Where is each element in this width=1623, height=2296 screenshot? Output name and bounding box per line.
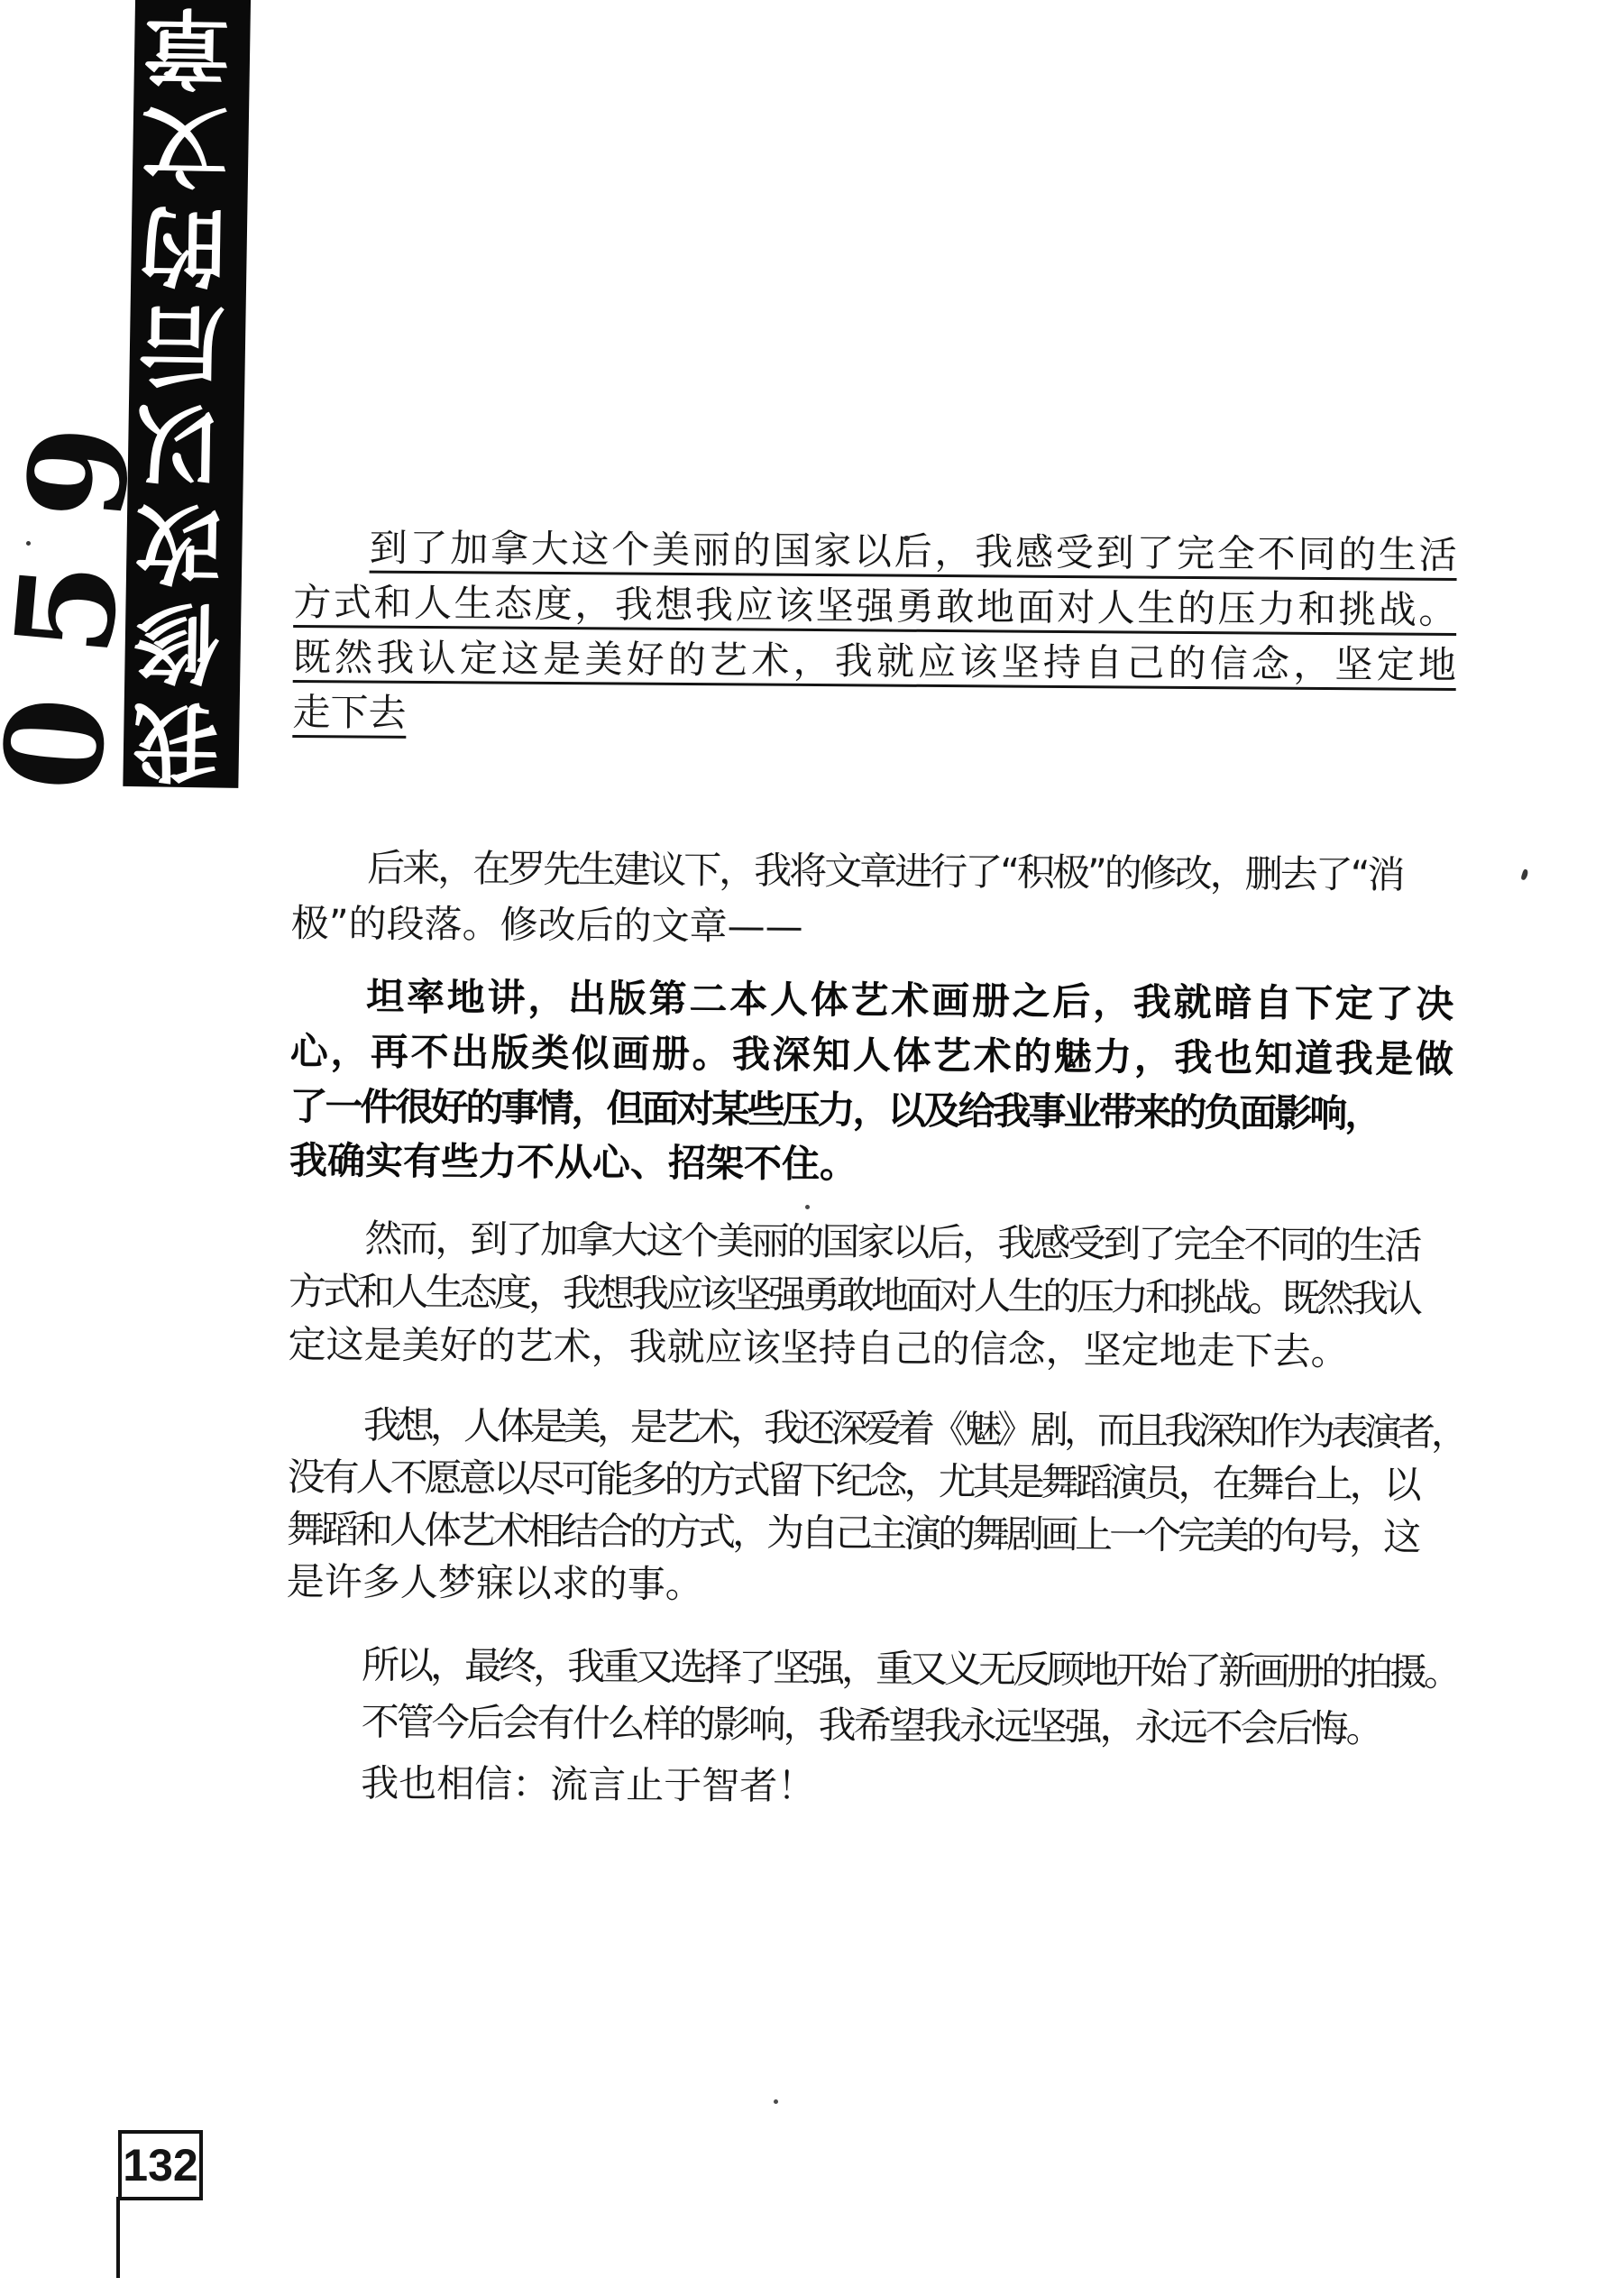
text-line: 方式和人生态度，我想我应该坚强勇敢地面对人生的压力和挑战。	[293, 574, 1456, 638]
text-line: 我也相信：流言止于智者！	[285, 1755, 1448, 1818]
text-line: 到了加拿大这个美丽的国家以后，我感受到了完全不同的生活	[294, 519, 1457, 583]
chapter-number: 059	[0, 407, 151, 795]
text-line: 我确实有些力不从心、招架不住。	[289, 1134, 1453, 1196]
bold-paragraph: 坦率地讲，出版第二本人体艺术画册之后，我就暗自下定了决 心，再不出版类似画册。我…	[289, 969, 1454, 1196]
text-line: 既然我认定这是美好的艺术，我就应该坚持自己的信念，坚定地	[293, 629, 1456, 693]
text-line: 坦率地讲，出版第二本人体艺术画册之后，我就暗自下定了决	[290, 969, 1453, 1033]
text-line: 定这是美好的艺术，我就应该坚持自己的信念，坚定地走下去。	[288, 1318, 1451, 1379]
page-number: 132	[123, 2139, 197, 2191]
text-line: 极”的段落。修改后的文章——	[291, 895, 1454, 960]
text-line: 方式和人生态度，我想我应该坚强勇敢地面对人生的压力和挑战。既然我认	[289, 1264, 1452, 1326]
scan-speck	[1520, 868, 1528, 880]
text-line: 了一件很好的事情，但面对某些压力，以及给我事业带来的负面影响，	[289, 1079, 1453, 1142]
text-line: 是许多人梦寐以求的事。	[287, 1556, 1450, 1616]
art-paragraph: 我想，人体是美，是艺术，我还深爱着《魅》剧，而且我深知作为表演者， 没有人不愿意…	[287, 1399, 1452, 1616]
choice-paragraph: 所以，最终，我重又选择了坚强，重又义无反顾地开始了新画册的拍摄。	[286, 1637, 1449, 1700]
revision-paragraph: 后来，在罗先生建议下，我将文章进行了“积极”的修改，删去了“消 极”的段落。修改…	[291, 840, 1455, 960]
scan-speck	[805, 1205, 810, 1209]
belief-paragraph: 我也相信：流言止于智者！	[285, 1755, 1448, 1818]
hope-paragraph: 不管今后会有什么样的影响，我希望我永远坚强，永远不会后悔。	[285, 1694, 1448, 1757]
page-number-box: 132	[118, 2130, 203, 2200]
folio-rule-line	[116, 2197, 120, 2278]
text-line: 没有人不愿意以尽可能多的方式留下纪念，尤其是舞蹈演员，在舞台上，以	[287, 1451, 1450, 1511]
text-line: 然而，到了加拿大这个美丽的国家以后，我感受到了完全不同的生活	[289, 1211, 1452, 1272]
text-line: 所以，最终，我重又选择了坚强，重又义无反顾地开始了新画册的拍摄。	[286, 1637, 1449, 1700]
text-line: 走下去	[292, 684, 1455, 748]
text-line: 后来，在罗先生建议下，我将文章进行了“积极”的修改，删去了“消	[291, 840, 1454, 904]
scan-speck	[26, 541, 31, 546]
text-line: 舞蹈和人体艺术相结合的方式，为自己主演的舞剧画上一个完美的句号，这	[287, 1503, 1450, 1564]
canada-paragraph: 然而，到了加拿大这个美丽的国家以后，我感受到了完全不同的生活 方式和人生态度，我…	[288, 1211, 1452, 1379]
text-line: 不管今后会有什么样的影响，我希望我永远坚强，永远不会后悔。	[285, 1694, 1448, 1757]
book-page-scan: 我修改以后的文章 059 到了加拿大这个美丽的国家以后，我感受到了完全不同的生活…	[0, 0, 1623, 2296]
scan-speck	[774, 2099, 778, 2104]
scan-speck	[903, 536, 910, 541]
quote-paragraph: 到了加拿大这个美丽的国家以后，我感受到了完全不同的生活 方式和人生态度，我想我应…	[292, 519, 1457, 748]
text-line: 我想，人体是美，是艺术，我还深爱着《魅》剧，而且我深知作为表演者，	[288, 1399, 1451, 1459]
text-line: 心，再不出版类似画册。我深知人体艺术的魅力，我也知道我是做	[290, 1024, 1453, 1088]
text-column: 到了加拿大这个美丽的国家以后，我感受到了完全不同的生活 方式和人生态度，我想我应…	[283, 0, 1461, 2082]
